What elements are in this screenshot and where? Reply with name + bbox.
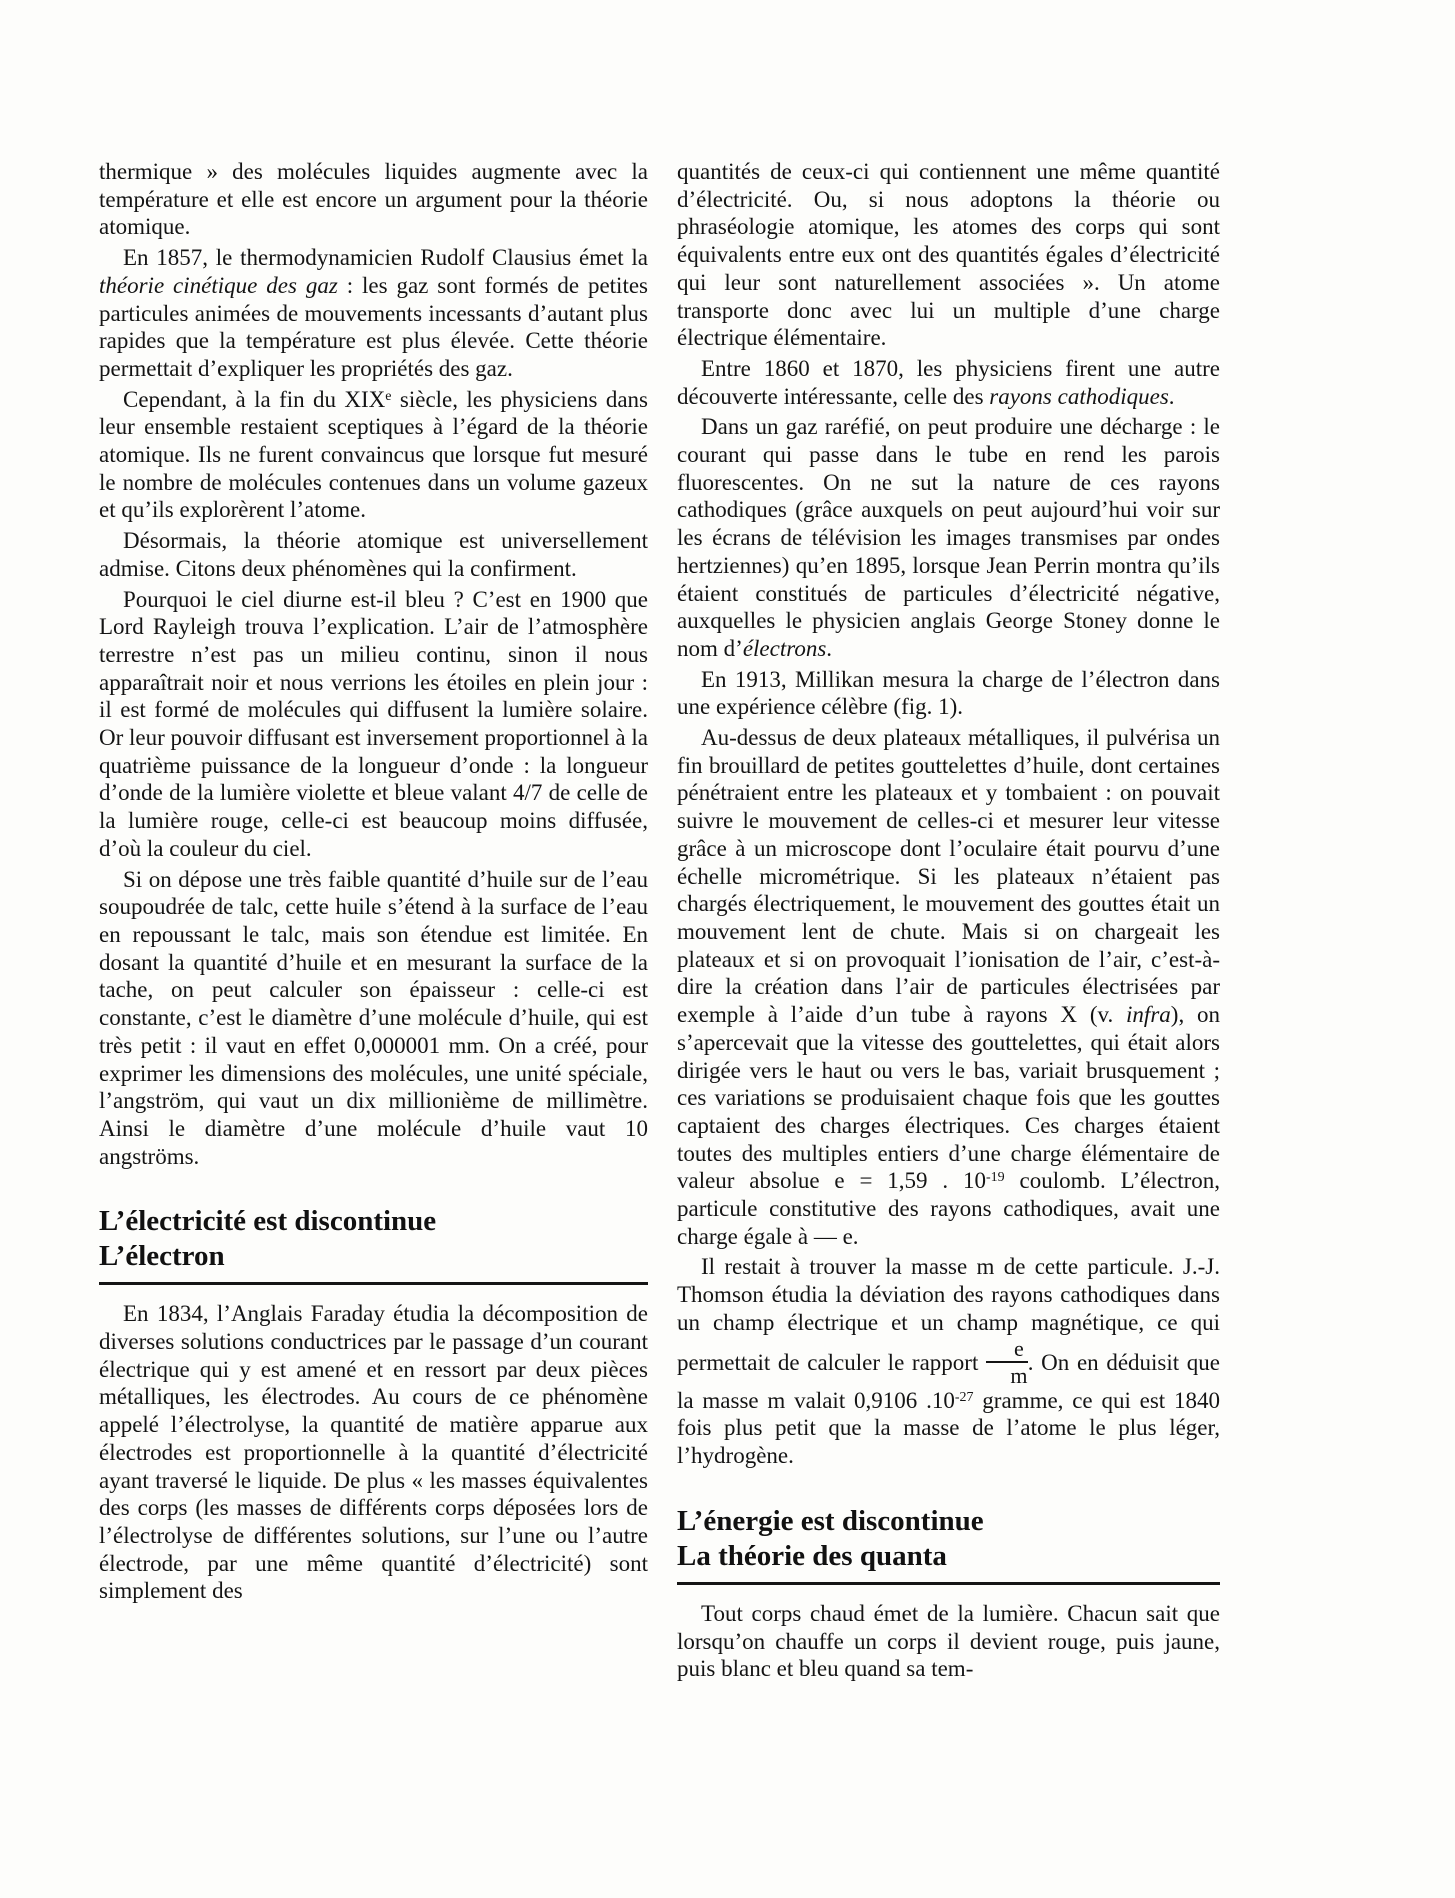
text-run: En 1913, Millikan mesura la charge de l’… [677, 667, 1220, 720]
text-run: Dans un gaz raréfié, on peut produire un… [677, 414, 1220, 661]
paragraph: Il restait à trouver la masse m de cette… [677, 1253, 1220, 1469]
text-block: thermique » des molécules liquides augme… [99, 158, 1221, 1686]
fraction-denominator: m [986, 1363, 1028, 1387]
paragraph: Pourquoi le ciel diurne est-il bleu ? C’… [99, 586, 648, 863]
section-heading-line: L’électricité est discontinue [99, 1204, 648, 1239]
text-run: En 1857, le thermodynamicien Rudolf Clau… [123, 245, 648, 270]
text-run: thermique » des molécules liquides augme… [99, 159, 648, 239]
superscript: -19 [986, 1170, 1005, 1185]
text-run: ), on s’apercevait que la vitesse des go… [677, 1002, 1220, 1193]
paragraph: En 1913, Millikan mesura la charge de l’… [677, 666, 1220, 721]
text-run: Pourquoi le ciel diurne est-il bleu ? C’… [99, 587, 648, 861]
text-run: théorie cinétique des gaz [99, 273, 338, 298]
text-run: Désormais, la théorie atomique est unive… [99, 528, 648, 581]
section-heading: L’électricité est discontinueL’électron [99, 1204, 648, 1285]
text-run: . [1169, 384, 1175, 409]
fraction-numerator: e [986, 1337, 1028, 1363]
section-heading-line: L’électron [99, 1239, 648, 1274]
text-run: quantités de ceux-ci qui contiennent une… [677, 159, 1220, 350]
section-heading-line: La théorie des quanta [677, 1539, 1220, 1574]
paragraph: Désormais, la théorie atomique est unive… [99, 527, 648, 582]
paragraph: Au-dessus de deux plateaux métalliques, … [677, 724, 1220, 1250]
superscript: -27 [955, 1390, 974, 1405]
text-run: électrons [743, 636, 826, 661]
paragraph: Si on dépose une très faible quantité d’… [99, 866, 648, 1171]
paragraph: Dans un gaz raréfié, on peut produire un… [677, 413, 1220, 662]
paragraph: En 1834, l’Anglais Faraday étudia la déc… [99, 1300, 648, 1605]
paragraph: Tout corps chaud émet de la lumière. Cha… [677, 1600, 1220, 1683]
text-run: rayons cathodiques [989, 384, 1169, 409]
document-page: thermique » des molécules liquides augme… [0, 0, 1455, 1898]
text-run: Tout corps chaud émet de la lumière. Cha… [677, 1601, 1220, 1681]
text-run: Si on dépose une très faible quantité d’… [99, 867, 648, 1169]
text-run: Au-dessus de deux plateaux métalliques, … [677, 725, 1220, 1027]
text-column-left: thermique » des molécules liquides augme… [99, 158, 648, 1686]
text-run: infra [1126, 1002, 1171, 1027]
section-heading: L’énergie est discontinueLa théorie des … [677, 1504, 1220, 1585]
text-run: Cependant, à la fin du XIX [123, 387, 385, 412]
paragraph: Entre 1860 et 1870, les physiciens firen… [677, 355, 1220, 410]
text-run: En 1834, l’Anglais Faraday étudia la déc… [99, 1301, 648, 1603]
text-column-right: quantités de ceux-ci qui contiennent une… [677, 158, 1220, 1686]
paragraph: Cependant, à la fin du XIXe siècle, les … [99, 386, 648, 525]
paragraph: En 1857, le thermodynamicien Rudolf Clau… [99, 244, 648, 383]
text-run: . [826, 636, 832, 661]
paragraph: quantités de ceux-ci qui contiennent une… [677, 158, 1220, 352]
fraction-e-over-m: em [986, 1337, 1028, 1387]
paragraph: thermique » des molécules liquides augme… [99, 158, 648, 241]
section-heading-line: L’énergie est discontinue [677, 1504, 1220, 1539]
